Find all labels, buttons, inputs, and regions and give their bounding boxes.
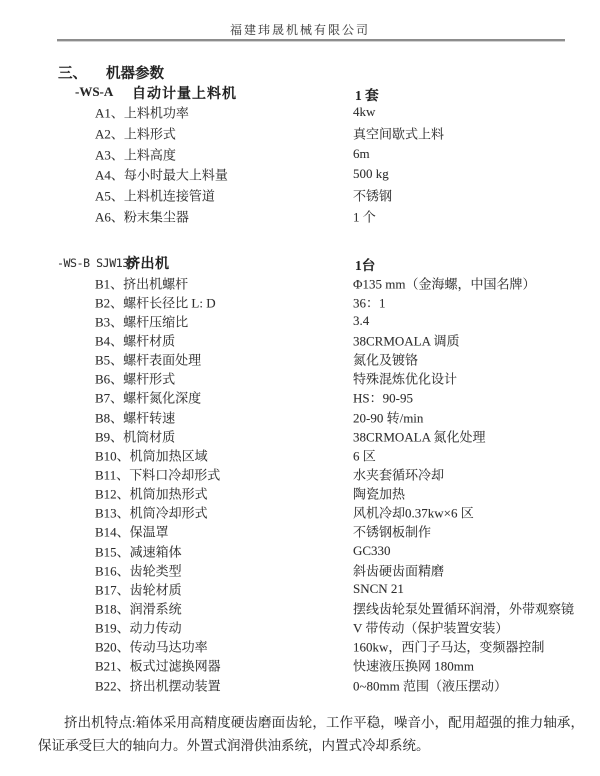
- spec-row-b20: B20、传动马达功率160kw，西门子马达，变频器控制: [0, 637, 600, 656]
- spec-value: 1 个: [353, 206, 376, 225]
- spec-row-b22: B22、挤出机摆动装置0~80mm 范围（液压摆动）: [0, 675, 600, 694]
- spec-row-b7: B7、螺杆氮化深度HS：90-95: [0, 388, 600, 407]
- spec-label: B19、动力传动: [95, 618, 182, 637]
- spec-row-b19: B19、动力传动V 带传动（保护装置安装）: [0, 618, 600, 637]
- spec-value: V 带传动（保护装置安装）: [353, 618, 508, 637]
- spec-label: B4、螺杆材质: [95, 330, 175, 349]
- machine-a-title-row: -WS-A 自动计量上料机 1 套: [0, 83, 600, 101]
- spec-label: B14、保温罩: [95, 522, 169, 541]
- header-rule: [57, 39, 565, 42]
- spec-value: 6 区: [353, 445, 376, 464]
- spec-label: B11、下料口冷却形式: [95, 464, 220, 483]
- spec-row-b6: B6、螺杆形式特殊混炼优化设计: [0, 369, 600, 388]
- spec-value: 氮化及镀铬: [353, 350, 418, 369]
- spec-value: 160kw，西门子马达，变频器控制: [353, 637, 544, 656]
- spec-label: B1、挤出机螺杆: [95, 273, 188, 292]
- spec-value: 不锈钢板制作: [353, 522, 431, 541]
- section-title: 机器参数: [106, 66, 164, 82]
- spec-row-b17: B17、齿轮材质SNCN 21: [0, 579, 600, 598]
- spec-row-a2: A2、上料形式真空间歇式上料: [0, 123, 600, 144]
- spec-label: B15、减速箱体: [95, 541, 182, 560]
- spec-value: 快速液压换网 180mm: [353, 656, 474, 675]
- spec-value: 0~80mm 范围（液压摆动）: [353, 675, 507, 694]
- spec-label: B2、螺杆长径比 L: D: [95, 292, 216, 311]
- spec-row-a6: A6、粉末集尘器1 个: [0, 205, 600, 226]
- spec-value: 20-90 转/min: [353, 407, 423, 426]
- spec-row-b12: B12、机筒加热形式陶瓷加热: [0, 484, 600, 503]
- spec-label: A5、上料机连接管道: [95, 186, 215, 205]
- spec-label: B8、螺杆转速: [95, 407, 175, 426]
- spec-label: A6、粉末集尘器: [95, 206, 189, 225]
- spec-row-a4: A4、每小时最大上料量500 kg: [0, 164, 600, 185]
- spec-value: Φ135 mm（金海螺，中国名牌）: [353, 273, 535, 292]
- spec-value: 3.4: [353, 313, 369, 329]
- spec-label: B20、传动马达功率: [95, 637, 208, 656]
- machine-b-title-row: -WS-B SJW135 挤出机 1台: [0, 253, 600, 271]
- spec-row-b2: B2、螺杆长径比 L: D36：1: [0, 292, 600, 311]
- spec-value: 38CRMOALA 调质: [353, 330, 460, 349]
- spec-value: 摆线齿轮泵处置循环润滑，外带观察镜: [353, 598, 574, 617]
- machine-b-quantity: 1台: [355, 254, 375, 274]
- spec-label: B3、螺杆压缩比: [95, 311, 188, 330]
- spec-label: B10、机筒加热区域: [95, 445, 208, 464]
- spec-label: B16、齿轮类型: [95, 560, 182, 579]
- spec-label: B6、螺杆形式: [95, 369, 175, 388]
- spec-label: A1、上料机功率: [95, 103, 189, 122]
- spec-value: 特殊混炼优化设计: [353, 369, 457, 388]
- machine-a-model: -WS-A: [75, 84, 113, 100]
- spec-row-a5: A5、上料机连接管道不锈钢: [0, 185, 600, 206]
- spec-value: 斜齿硬齿面精磨: [353, 560, 444, 579]
- spec-row-b4: B4、螺杆材质38CRMOALA 调质: [0, 330, 600, 349]
- spec-value: 36：1: [353, 292, 386, 311]
- spec-row-b3: B3、螺杆压缩比3.4: [0, 311, 600, 330]
- spec-label: B13、机筒冷却形式: [95, 503, 208, 522]
- machine-a-spec-list: A1、上料机功率4kw A2、上料形式真空间歇式上料 A3、上料高度6m A4、…: [0, 102, 600, 226]
- spec-label: A2、上料形式: [95, 124, 176, 143]
- spec-value: 500 kg: [353, 166, 389, 182]
- spec-row-b5: B5、螺杆表面处理氮化及镀铬: [0, 350, 600, 369]
- spec-label: B22、挤出机摆动装置: [95, 675, 221, 694]
- spec-label: B9、机筒材质: [95, 426, 175, 445]
- spec-label: B18、润滑系统: [95, 598, 182, 617]
- spec-label: A3、上料高度: [95, 144, 176, 163]
- spec-value: 6m: [353, 146, 370, 162]
- spec-label: B12、机筒加热形式: [95, 484, 208, 503]
- spec-value: SNCN 21: [353, 581, 404, 597]
- spec-value: 38CRMOALA 氮化处理: [353, 426, 486, 445]
- spec-value: 水夹套循环冷却: [353, 464, 444, 483]
- spec-label: B7、螺杆氮化深度: [95, 388, 201, 407]
- spec-label: A4、每小时最大上料量: [95, 165, 228, 184]
- spec-row-b14: B14、保温罩不锈钢板制作: [0, 522, 600, 541]
- spec-value: GC330: [353, 543, 391, 559]
- company-header: 福建玮晟机械有限公司: [0, 21, 600, 38]
- spec-value: 真空间歇式上料: [353, 124, 444, 143]
- spec-row-b18: B18、润滑系统摆线齿轮泵处置循环润滑，外带观察镜: [0, 598, 600, 617]
- spec-row-b10: B10、机筒加热区域6 区: [0, 445, 600, 464]
- spec-row-a3: A3、上料高度6m: [0, 143, 600, 164]
- spec-row-a1: A1、上料机功率4kw: [0, 102, 600, 123]
- machine-b-spec-list: B1、挤出机螺杆Φ135 mm（金海螺，中国名牌） B2、螺杆长径比 L: D3…: [0, 273, 600, 694]
- spec-row-b1: B1、挤出机螺杆Φ135 mm（金海螺，中国名牌）: [0, 273, 600, 292]
- spec-row-b9: B9、机筒材质38CRMOALA 氮化处理: [0, 426, 600, 445]
- machine-b-name: 挤出机: [126, 253, 170, 273]
- spec-row-b11: B11、下料口冷却形式水夹套循环冷却: [0, 464, 600, 483]
- spec-value: 陶瓷加热: [353, 484, 405, 503]
- spec-value: 4kw: [353, 104, 375, 120]
- section-number: 三、: [58, 66, 87, 82]
- spec-label: B17、齿轮材质: [95, 579, 182, 598]
- extruder-feature-note: 挤出机特点:箱体采用高精度硬齿磨面齿轮，工作平稳，噪音小，配用超强的推力轴承，保…: [38, 711, 584, 757]
- spec-value: HS：90-95: [353, 388, 413, 407]
- spec-row-b21: B21、板式过滤换网器快速液压换网 180mm: [0, 656, 600, 675]
- spec-row-b8: B8、螺杆转速20-90 转/min: [0, 407, 600, 426]
- spec-row-b16: B16、齿轮类型斜齿硬齿面精磨: [0, 560, 600, 579]
- spec-value: 风机冷却0.37kw×6 区: [353, 503, 474, 522]
- section-heading: 三、机器参数: [58, 62, 164, 83]
- machine-a-quantity: 1 套: [355, 84, 379, 104]
- spec-row-b13: B13、机筒冷却形式风机冷却0.37kw×6 区: [0, 503, 600, 522]
- machine-a-name: 自动计量上料机: [132, 83, 237, 103]
- spec-value: 不锈钢: [353, 186, 392, 205]
- spec-row-b15: B15、减速箱体GC330: [0, 541, 600, 560]
- spec-label: B5、螺杆表面处理: [95, 350, 201, 369]
- document-page: 福建玮晟机械有限公司 三、机器参数 -WS-A 自动计量上料机 1 套 A1、上…: [0, 0, 600, 776]
- spec-label: B21、板式过滤换网器: [95, 656, 221, 675]
- machine-b-model: -WS-B SJW135: [57, 256, 135, 270]
